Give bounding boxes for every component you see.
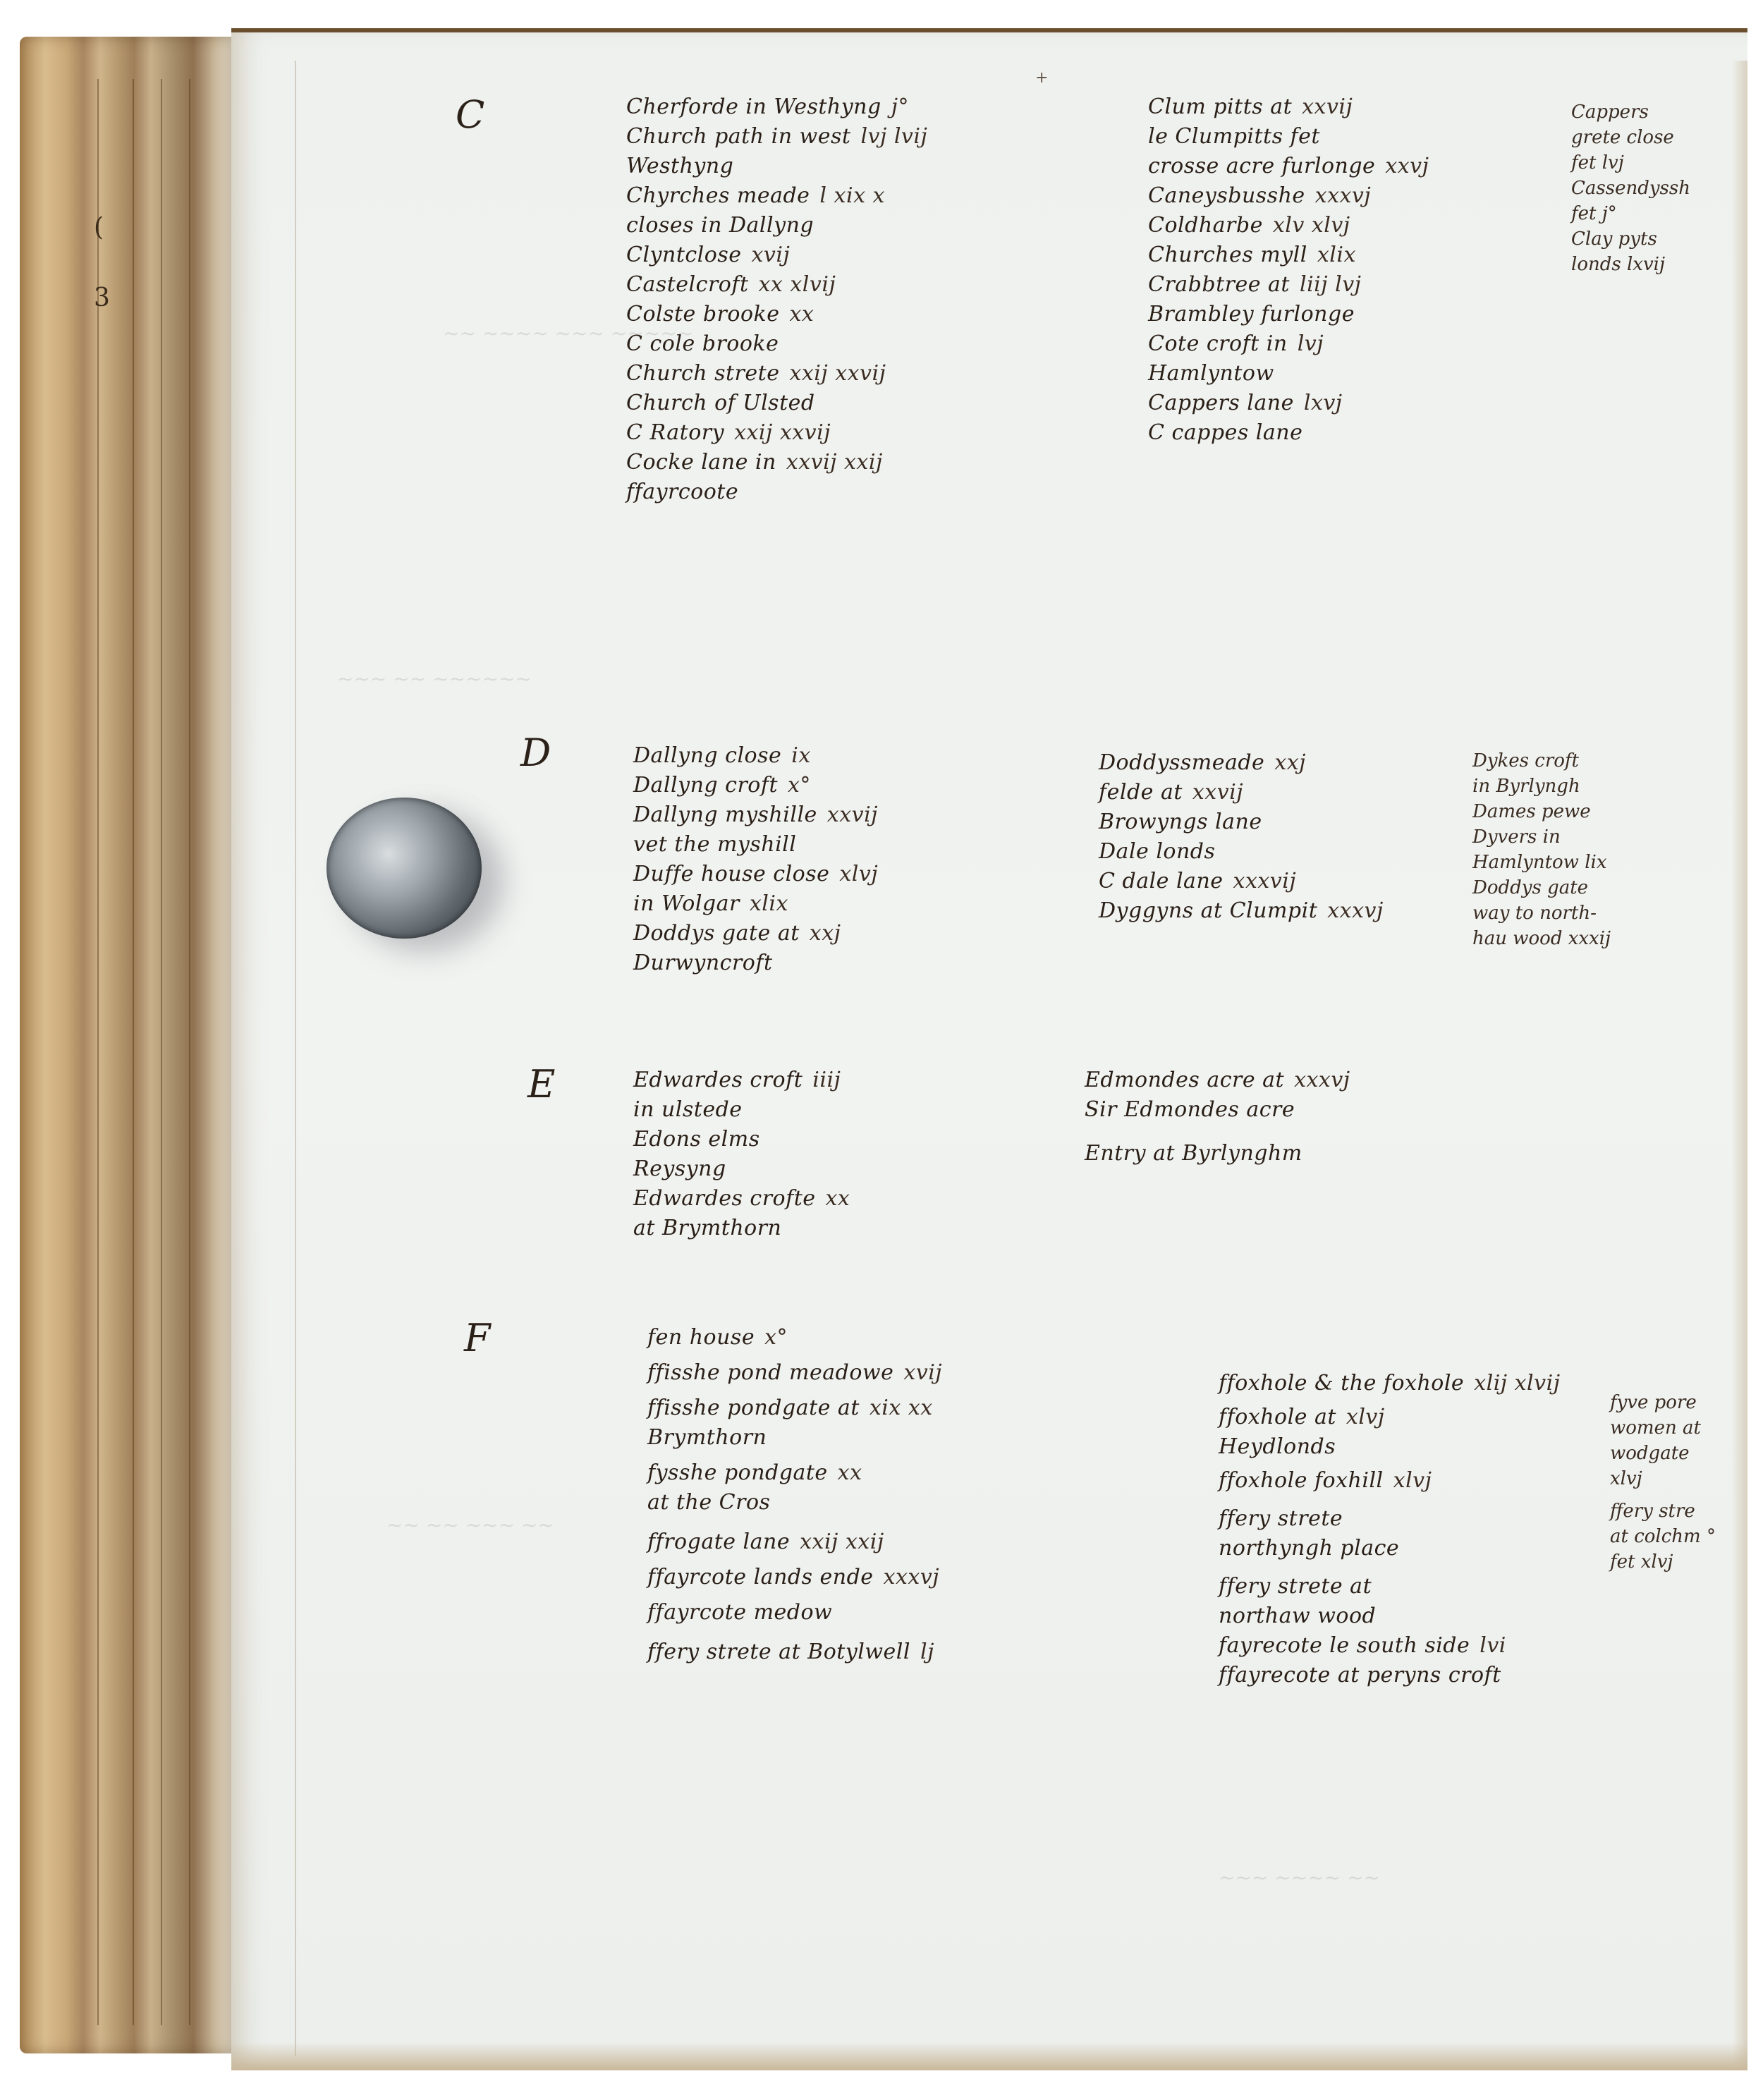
page-edge-line (133, 79, 134, 2025)
entry: Castelcroftxx xlvij (626, 270, 927, 300)
entry-text: northyngh place (1219, 1536, 1399, 1561)
entry-text: Dyvers in (1472, 826, 1561, 848)
entry-text: Colste brooke (626, 302, 779, 326)
section-c-column-2: Clum pitts atxxvij le Clumpitts fet cros… (1148, 92, 1429, 448)
entry: Church path in westlvj lvij (626, 122, 927, 152)
entry: Cherforde in Westhyngj° (626, 92, 927, 122)
entry: Edwardes croftexx (633, 1184, 850, 1214)
entry: grete close (1571, 125, 1690, 150)
entry-text: Church of Ulsted (626, 391, 815, 415)
folio-mark: + (1035, 69, 1048, 87)
entry-reference-number: xlvj (839, 862, 878, 886)
entry: Hamlyntow (1148, 359, 1429, 389)
entry: Dykes croft (1472, 748, 1611, 774)
entry-reference-number: xxvij (1302, 94, 1353, 119)
entry: Dames pewe (1472, 799, 1611, 824)
entry: Edons elms (633, 1125, 850, 1154)
entry-text: northaw wood (1219, 1604, 1376, 1628)
entry: at the Cros (647, 1488, 942, 1518)
entry-text: fet lvj (1571, 152, 1624, 173)
entry-reference-number: xlix (1317, 243, 1356, 267)
entry-text: Cherforde in Westhyng (626, 94, 881, 119)
entry-text: Cappers lane (1148, 391, 1294, 415)
entry-text: Browyngs lane (1099, 810, 1262, 834)
entry-text: Edmondes acre at (1085, 1068, 1284, 1092)
entry-text: Edons elms (633, 1127, 760, 1152)
entry: Cassendyssh (1571, 176, 1690, 201)
entry: Cappers lanelxvj (1148, 389, 1429, 418)
entry-reference-number: liij lvj (1300, 272, 1361, 297)
entry-text: Coldharbe (1148, 213, 1263, 238)
entry-text: ffery stre (1610, 1501, 1695, 1522)
section-d-column-2: Doddyssmeadexxj felde atxxvij Browyngs l… (1099, 748, 1384, 926)
entry: Doddys gate atxxj (633, 919, 878, 948)
bleed-through-text: ~~ ~~ ~~~ ~~ (386, 1513, 554, 1537)
book-spine: ( 3 (20, 37, 231, 2053)
entry-text: Duffe house close (633, 862, 829, 886)
entry-text: ffayrcote lands ende (647, 1565, 874, 1589)
entry-text: ° (1707, 1526, 1716, 1547)
entry-text: Reysyng (633, 1156, 726, 1181)
entry: Westhyng (626, 152, 927, 181)
entry: women at (1610, 1415, 1716, 1441)
page-edge-line (189, 79, 190, 2025)
entry-reference-number: lvj lvij (860, 124, 927, 149)
entry: Edwardes croftiiij (633, 1066, 850, 1095)
entry-text: le Clumpitts fet (1148, 124, 1320, 149)
entry-text: xlvj (1641, 1551, 1673, 1573)
entry: ffayrcote lands endexxxvj (647, 1563, 942, 1592)
spine-mark: 3 (94, 283, 110, 312)
entry-text: Brymthorn (647, 1425, 767, 1450)
entry-text: lxvij (1627, 254, 1665, 275)
page-edge-line (97, 79, 99, 2025)
entry-reference-number: xlij xlvij (1474, 1371, 1560, 1396)
entry-text: ffoxhole & the foxhole (1219, 1371, 1464, 1396)
entry: ffisshe pond meadowexvij (647, 1358, 942, 1388)
entry: Chyrches meadel xix x (626, 181, 927, 211)
entry: Cocke lane inxxvij xxij (626, 448, 927, 477)
entry-text: ffayrcote medow (647, 1600, 832, 1625)
entry-text: ffisshe pond meadowe (647, 1360, 893, 1385)
entry: Cote croft inlvj (1148, 329, 1429, 359)
entry-text: Dames pewe (1472, 801, 1591, 822)
entry-text: Church path in west (626, 124, 850, 149)
entry-text: C dale lane (1099, 869, 1224, 893)
entry-text: in Wolgar (633, 891, 740, 916)
entry: ffoxhole foxhillxlvj (1219, 1466, 1561, 1496)
entry: in Wolgarxlix (633, 889, 878, 919)
entry-text: Clyntclose (626, 243, 741, 267)
entry: closes in Dallyng (626, 211, 927, 240)
section-d-column-3: Dykes croft in Byrlyngh Dames pewe Dyver… (1472, 748, 1611, 951)
entry: ffoxhole atxlvj (1219, 1403, 1561, 1432)
entry: Clay pyts (1571, 226, 1690, 252)
entry-text: Clay pyts (1571, 228, 1657, 250)
entry: wodgate (1610, 1441, 1716, 1466)
entry-text: fysshe pondgate (647, 1460, 828, 1485)
section-c-column-1: Cherforde in Westhyngj° Church path in w… (626, 92, 927, 507)
entry: Browyngs lane (1099, 807, 1384, 837)
entry-text: Dallyng croft (633, 773, 778, 798)
entry: vet the myshill (633, 830, 878, 860)
entry-text: Dale londs (1099, 839, 1215, 864)
entry-text: Dallyng myshille (633, 802, 817, 827)
section-e-column-2: Edmondes acre atxxxvj Sir Edmondes acre … (1085, 1066, 1350, 1168)
entry-text: londs (1571, 254, 1621, 275)
entry: Hamlyntow lix (1472, 850, 1611, 875)
entry: ffisshe pondgate atxix xx (647, 1393, 942, 1423)
entry: ffery strete at Botylwelllj (647, 1637, 942, 1667)
entry-text: Heydlonds (1219, 1434, 1336, 1459)
entry-reference-number: xxij xxij (800, 1530, 884, 1554)
spine-mark: ( (94, 213, 104, 242)
entry: Entry at Byrlynghm (1085, 1139, 1350, 1168)
section-letter-d: D (520, 731, 551, 775)
entry: ffery stre (1610, 1498, 1716, 1524)
entry: C dale lanexxxvij (1099, 867, 1384, 896)
entry-reference-number: xvij (903, 1360, 942, 1385)
entry: Durwyncroft (633, 948, 878, 978)
entry-text: Cocke lane in (626, 450, 776, 475)
entry-text: hau wood (1472, 928, 1562, 949)
entry: Crabbtree atliij lvj (1148, 270, 1429, 300)
entry: Dyvers in (1472, 824, 1611, 850)
entry-reference-number: xxxvij (1233, 869, 1297, 893)
entry: Clyntclosexvij (626, 240, 927, 270)
entry: londs lxvij (1571, 252, 1690, 277)
entry: ffrogate lanexxij xxij (647, 1527, 942, 1557)
gutter-crease (295, 61, 296, 2056)
entry-text: ffisshe pondgate at (647, 1396, 860, 1420)
entry-reference-number: xxxvj (1294, 1068, 1350, 1092)
book-weight (327, 798, 482, 939)
entry-reference-number: xx xlvij (759, 272, 836, 297)
section-letter-c: C (456, 92, 484, 137)
entry: Caneysbusshexxxvj (1148, 181, 1429, 211)
entry-text: Caneysbusshe (1148, 183, 1305, 208)
entry: Church stretexxij xxvij (626, 359, 927, 389)
entry: le Clumpitts fet (1148, 122, 1429, 152)
entry: hau wood xxxij (1472, 926, 1611, 951)
entry: way to north- (1472, 901, 1611, 926)
entry-text: fet (1571, 203, 1596, 224)
entry-text: Westhyng (626, 154, 733, 178)
entry-text: women at (1610, 1417, 1701, 1439)
entry-text: closes in Dallyng (626, 213, 814, 238)
entry: northyngh place (1219, 1534, 1561, 1563)
entry-reference-number: xxxvj (1315, 183, 1372, 208)
entry-text: xlvj (1610, 1468, 1642, 1489)
entry-text: felde at (1099, 780, 1183, 805)
entry: fet xlvj (1610, 1549, 1716, 1575)
entry-reference-number: xlvj (1393, 1468, 1432, 1493)
entry: Heydlonds (1219, 1432, 1561, 1462)
entry-reference-number: xxvij xxij (786, 450, 883, 475)
entry-reference-number: xx (826, 1186, 850, 1211)
entry: Edmondes acre atxxxvj (1085, 1066, 1350, 1095)
entry-text: Dykes croft (1472, 750, 1579, 771)
entry-text: Dallyng close (633, 743, 781, 768)
entry-text: C Ratory (626, 420, 724, 445)
entry: Colste brookexx (626, 300, 927, 329)
section-letter-e: E (527, 1062, 555, 1106)
entry-text: Hamlyntow (1148, 361, 1274, 386)
entry-reference-number: xxvij (1192, 780, 1243, 805)
section-d-column-1: Dallyng closeix Dallyng croftx° Dallyng … (633, 741, 878, 978)
entry: fen housex° (647, 1323, 942, 1353)
entry-text: Brambley furlonge (1148, 302, 1355, 326)
entry-reference-number: xxij xxvij (789, 361, 886, 386)
entry-text: Cote croft in (1148, 331, 1288, 356)
page-fore-edge (1732, 61, 1747, 2070)
entry-text: Churches myll (1148, 243, 1307, 267)
entry: northaw wood (1219, 1601, 1561, 1631)
entry: C cappes lane (1148, 418, 1429, 448)
entry: ffery strete at (1219, 1572, 1561, 1601)
entry: Brambley furlonge (1148, 300, 1429, 329)
entry: Dallyng closeix (633, 741, 878, 771)
entry: at Brymthorn (633, 1214, 850, 1243)
page-edge-line (161, 79, 162, 2025)
entry-text: fet (1610, 1551, 1635, 1573)
section-letter-f: F (464, 1316, 490, 1360)
entry-text: wodgate (1610, 1443, 1690, 1464)
entry: Doddyssmeadexxj (1099, 748, 1384, 778)
entry-reference-number: xxxvj (1327, 898, 1384, 923)
entry: C cole brooke (626, 329, 927, 359)
section-f-column-2: ffoxhole & the foxholexlij xlvij ffoxhol… (1219, 1369, 1561, 1690)
entry-reference-number: lxvj (1304, 391, 1343, 415)
entry: Church of Ulsted (626, 389, 927, 418)
entry-text: ffrogate lane (647, 1530, 790, 1554)
entry-reference-number: xx (838, 1460, 862, 1485)
entry-text: at colchm (1610, 1526, 1701, 1547)
entry: crosse acre furlongexxvj (1148, 152, 1429, 181)
entry-text: fyve pore (1610, 1392, 1697, 1413)
entry-reference-number: l xix x (819, 183, 885, 208)
entry-text: Edwardes croft (633, 1068, 803, 1092)
entry: Reysyng (633, 1154, 850, 1184)
entry-text: Doddys gate (1472, 877, 1588, 898)
entry-text: Entry at Byrlynghm (1085, 1141, 1302, 1166)
entry-reference-number: xx (789, 302, 814, 326)
entry-text: Church strete (626, 361, 779, 386)
entry-reference-number: lj (920, 1640, 934, 1664)
entry-text: ffery strete at (1219, 1574, 1372, 1599)
entry-text: at Brymthorn (633, 1216, 781, 1240)
entry-text: Dyggyns at Clumpit (1099, 898, 1317, 923)
entry-reference-number: x° (788, 773, 811, 798)
entry-text: C cappes lane (1148, 420, 1302, 445)
entry-text: Sir Edmondes acre (1085, 1097, 1295, 1122)
entry-text: Crabbtree at (1148, 272, 1290, 297)
entry: Coldharbexlv xlvj (1148, 211, 1429, 240)
entry: at colchm ° (1610, 1524, 1716, 1549)
entry-reference-number: xxj (810, 921, 841, 946)
entry: Cappers (1571, 99, 1690, 125)
entry: Dallyng myshillexxvij (633, 800, 878, 830)
entry-reference-number: xxij xxvij (734, 420, 831, 445)
entry-text: xxxij (1568, 928, 1611, 949)
entry: Clum pitts atxxvij (1148, 92, 1429, 122)
entry: Duffe house closexlvj (633, 860, 878, 889)
entry: Dale londs (1099, 837, 1384, 867)
entry: fet j° (1571, 201, 1690, 226)
entry: ffayrecote at peryns croft (1219, 1661, 1561, 1690)
entry-text: fen house (647, 1325, 755, 1350)
entry-reference-number: xlv xlvj (1273, 213, 1350, 238)
entry-reference-number: ix (791, 743, 811, 768)
entry-text: j° (1602, 203, 1617, 224)
section-c-margin-column: Cappers grete close fet lvj Cassendyssh … (1571, 99, 1690, 277)
entry: Doddys gate (1472, 875, 1611, 901)
entry-text: in Byrlyngh (1472, 776, 1580, 797)
bleed-through-text: ~~~ ~~ ~~~~~~ (337, 667, 532, 690)
entry-text: Clum pitts at (1148, 94, 1292, 119)
entry-text: Durwyncroft (633, 951, 773, 975)
bleed-through-text: ~~~ ~~~~ ~~ (1219, 1866, 1380, 1889)
entry-text: fayrecote le south side (1219, 1633, 1470, 1658)
entry-text: ffery strete at Botylwell (647, 1640, 910, 1664)
entry-text: Cassendyssh (1571, 178, 1690, 199)
entry-text: lix (1585, 852, 1606, 873)
entry: felde atxxvij (1099, 778, 1384, 807)
entry-text: C cole brooke (626, 331, 779, 356)
entry-text: ffoxhole at (1219, 1405, 1336, 1429)
entry-reference-number: x° (764, 1325, 788, 1350)
entry-reference-number: xxxvj (884, 1565, 940, 1589)
entry: fayrecote le south sidelvi (1219, 1631, 1561, 1661)
entry-text: Chyrches meade (626, 183, 810, 208)
entry-text: crosse acre furlonge (1148, 154, 1375, 178)
entry-text: Hamlyntow (1472, 852, 1579, 873)
entry-reference-number: xxvij (827, 802, 878, 827)
entry: fysshe pondgatexx (647, 1458, 942, 1488)
section-e-column-1: Edwardes croftiiij in ulstede Edons elms… (633, 1066, 850, 1243)
entry-reference-number: lvj (1298, 331, 1324, 356)
entry-reference-number: iiij (812, 1068, 841, 1092)
manuscript-book: ( 3 + ~~ ~~~~ ~~~ ~~~~~ ~~~ ~~ ~~~~~~ ~~… (20, 28, 1747, 2066)
entry-text: Castelcroft (626, 272, 749, 297)
entry-text: ffayrecote at peryns croft (1219, 1663, 1501, 1687)
entry-reference-number: xvij (751, 243, 790, 267)
entry-reference-number: xlvj (1346, 1405, 1385, 1429)
entry: Dyggyns at Clumpitxxxvj (1099, 896, 1384, 926)
entry-reference-number: xxvj (1385, 154, 1429, 178)
entry-reference-number: xix xx (870, 1396, 933, 1420)
entry: xlvj (1610, 1466, 1716, 1491)
entry: Sir Edmondes acre (1085, 1095, 1350, 1125)
entry: fet lvj (1571, 150, 1690, 176)
entry: Dallyng croftx° (633, 771, 878, 800)
entry-text: Cappers (1571, 102, 1649, 123)
manuscript-page: + ~~ ~~~~ ~~~ ~~~~~ ~~~ ~~ ~~~~~~ ~~ ~~ … (231, 28, 1747, 2070)
entry-reference-number: xlix (750, 891, 788, 916)
entry-text: ffayrcoote (626, 480, 738, 504)
entry-text: at the Cros (647, 1490, 770, 1515)
entry: ffayrcoote (626, 477, 927, 507)
entry-text: ffoxhole foxhill (1219, 1468, 1384, 1493)
entry-text: vet the myshill (633, 832, 796, 857)
entry-reference-number: j° (891, 94, 909, 119)
entry-reference-number: lvi (1479, 1633, 1506, 1658)
section-f-margin-column: fyve pore women at wodgate xlvj ffery st… (1610, 1390, 1716, 1575)
entry: ffayrcote medow (647, 1598, 942, 1628)
page-bottom-edge (231, 2042, 1747, 2070)
entry: ffery strete (1219, 1504, 1561, 1534)
entry-text: way to north- (1472, 903, 1597, 924)
entry: fyve pore (1610, 1390, 1716, 1415)
entry: in Byrlyngh (1472, 774, 1611, 799)
entry: Brymthorn (647, 1423, 942, 1453)
entry: Churches myllxlix (1148, 240, 1429, 270)
entry-reference-number: xxj (1274, 750, 1306, 775)
entry-text: in ulstede (633, 1097, 743, 1122)
entry: C Ratoryxxij xxvij (626, 418, 927, 448)
section-f-column-1: fen housex° ffisshe pond meadowexvij ffi… (647, 1323, 942, 1667)
entry-text: grete close (1571, 127, 1674, 148)
entry: in ulstede (633, 1095, 850, 1125)
entry-text: Doddys gate at (633, 921, 800, 946)
entry-text: Edwardes crofte (633, 1186, 816, 1211)
entry-text: Doddyssmeade (1099, 750, 1264, 775)
entry-text: ffery strete (1219, 1506, 1343, 1531)
entry: ffoxhole & the foxholexlij xlvij (1219, 1369, 1561, 1398)
